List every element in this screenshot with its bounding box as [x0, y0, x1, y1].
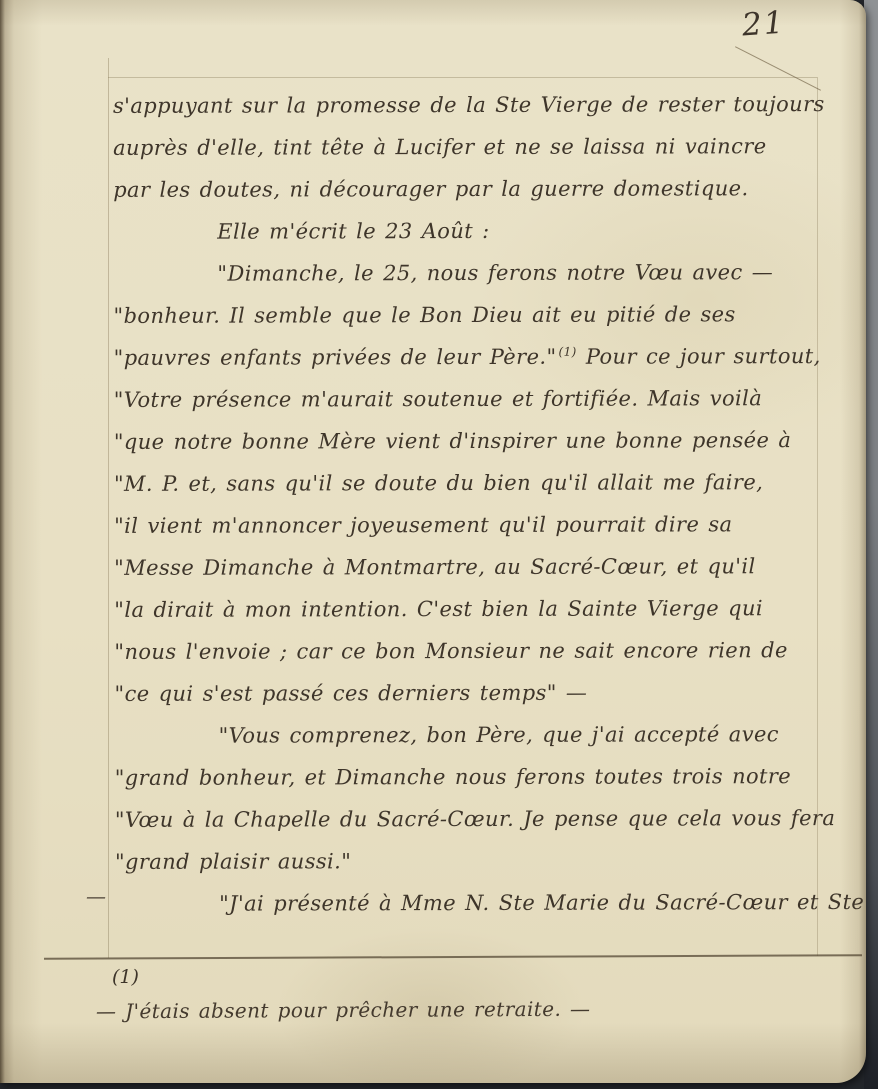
page-number: 21 — [741, 5, 787, 44]
manuscript-line: auprès d'elle, tint tête à Lucifer et ne… — [113, 125, 819, 169]
manuscript-line: s'appuyant sur la promesse de la Ste Vie… — [113, 83, 819, 127]
manuscript-line: "J'ai présenté à Mme N. Ste Marie du Sac… — [219, 881, 821, 925]
manuscript-line: "Votre présence m'aurait soutenue et for… — [114, 377, 820, 421]
manuscript-line: "la dirait à mon intention. C'est bien l… — [114, 587, 820, 631]
line-text: "pauvres enfants privées de leur Père." — [114, 345, 557, 370]
book-scan: 21 s'appuyant sur la promesse de la Ste … — [0, 0, 878, 1089]
manuscript-line: "il vient m'annoncer joyeusement qu'il p… — [114, 503, 820, 547]
manuscript-text-block: s'appuyant sur la promesse de la Ste Vie… — [113, 83, 821, 925]
manuscript-line: "grand bonheur, et Dimanche nous ferons … — [115, 755, 821, 799]
manuscript-line: "grand plaisir aussi." — [115, 839, 821, 883]
manuscript-line: "pauvres enfants privées de leur Père."(… — [114, 335, 820, 379]
manuscript-line: "bonheur. Il semble que le Bon Dieu ait … — [113, 293, 819, 337]
footnote-separator-line — [44, 954, 862, 960]
manuscript-line: "Messe Dimanche à Montmartre, au Sacré-C… — [114, 545, 820, 589]
manuscript-line: "ce qui s'est passé ces derniers temps" … — [114, 671, 820, 715]
margin-dash: — — [86, 884, 106, 908]
manuscript-line: "Vous comprenez, bon Père, que j'ai acce… — [219, 713, 821, 757]
manuscript-line: "M. P. et, sans qu'il se doute du bien q… — [114, 461, 820, 505]
manuscript-line: Elle m'écrit le 23 Août : — [217, 209, 819, 253]
manuscript-line: "Dimanche, le 25, nous ferons notre Vœu … — [217, 251, 819, 295]
footnote-marker: (1) — [112, 966, 139, 988]
manuscript-line: "que notre bonne Mère vient d'inspirer u… — [114, 419, 820, 463]
adjacent-pages-edge — [864, 0, 878, 1089]
footnote-text: — J'étais absent pour prêcher une retrai… — [96, 997, 590, 1024]
manuscript-line: "Vœu à la Chapelle du Sacré-Cœur. Je pen… — [115, 797, 821, 841]
margin-rule-left — [108, 58, 109, 958]
manuscript-line: "nous l'envoie ; car ce bon Monsieur ne … — [114, 629, 820, 673]
footnote-ref: (1) — [558, 345, 576, 359]
manuscript-page: 21 s'appuyant sur la promesse de la Ste … — [0, 0, 866, 1083]
manuscript-line: par les doutes, ni décourager par la gue… — [113, 167, 819, 211]
margin-rule-top — [108, 77, 817, 78]
line-text: Pour ce jour surtout, — [586, 344, 821, 369]
